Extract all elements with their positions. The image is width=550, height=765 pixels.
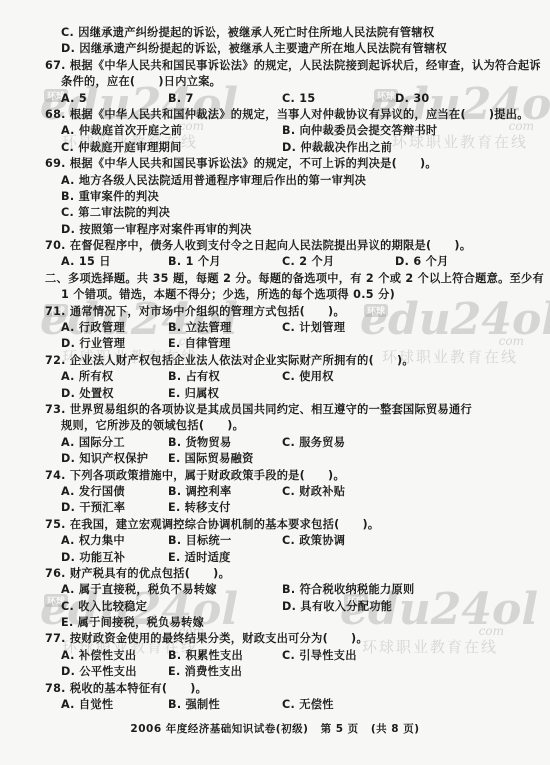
answer-option: A. 自觉性 xyxy=(61,697,113,713)
answer-option: A. 发行国债 xyxy=(61,484,125,500)
answer-option: D. 公平性支出 xyxy=(61,664,137,680)
answer-option: E. 转移支付 xyxy=(168,500,231,516)
answer-option: A. 国际分工 xyxy=(61,435,125,451)
answer-option: A. 15 日 xyxy=(61,254,111,270)
answer-option: C. 引导性支出 xyxy=(282,648,357,664)
answer-option: E. 适时适度 xyxy=(168,550,231,566)
answer-option: A. 属于直接税，税负不易转嫁 xyxy=(61,582,217,598)
question-stem: 71. 通常情况下，对市场中介组织的管理方式包括( )。 xyxy=(0,304,550,320)
answer-option: B. 7 xyxy=(168,91,194,107)
answer-option: A. 行政管理 xyxy=(61,320,125,336)
exam-content: C. 因继承遗产纠纷提起的诉讼，被继承人死亡时住所地人民法院有管辖权D. 因继承… xyxy=(0,25,550,713)
options-row: C. 收入比较稳定D. 具有收入分配功能 xyxy=(0,599,550,615)
options-row: D. 行业管理E. 自律管理 xyxy=(0,336,550,352)
answer-option: D. 知识产权保护 xyxy=(61,451,148,467)
answer-option: D. 6 个月 xyxy=(395,254,449,270)
answer-option: E. 归属权 xyxy=(168,386,219,402)
question-stem: 76. 财产税具有的优点包括( )。 xyxy=(0,566,550,582)
question-stem: 69. 根据《中华人民共和国民事诉讼法》的规定，不可上诉的判决是( )。 xyxy=(0,156,550,172)
options-row: A. 国际分工B. 货物贸易C. 服务贸易 xyxy=(0,435,550,451)
options-row: A. 权力集中B. 目标统一C. 政策协调 xyxy=(0,533,550,549)
text-line: E. 属于间接税，税负易转嫁 xyxy=(0,615,550,631)
footer-page-number: 第 5 页 xyxy=(321,723,359,735)
text-line: D. 因继承遗产纠纷提起的诉讼，被继承人主要遗产所在地人民法院有管辖权 xyxy=(0,41,550,57)
page-footer: 2006 年度经济基础知识试卷(初级) 第 5 页 (共 8 页) xyxy=(0,721,550,736)
answer-option: B. 积累性支出 xyxy=(168,648,243,664)
options-row: A. 5B. 7C. 15D. 30 xyxy=(0,91,550,107)
answer-option: D. 具有收入分配功能 xyxy=(282,599,392,615)
options-row: D. 干预汇率E. 转移支付 xyxy=(0,500,550,516)
answer-option: B. 立法管理 xyxy=(168,320,232,336)
exam-page: 环球edu24olcom环球职业教育在线环球edu24olcom环球职业教育在线… xyxy=(0,0,550,765)
answer-option: B. 目标统一 xyxy=(168,533,232,549)
options-row: A. 属于直接税，税负不易转嫁B. 符合税收纳税能力原则 xyxy=(0,582,550,598)
answer-option: E. 自律管理 xyxy=(168,336,231,352)
question-stem: 67. 根据《中华人民共和国民事诉讼法》的规定，人民法院接到起诉状后，经审查，认… xyxy=(0,58,550,74)
options-row: A. 所有权B. 占有权C. 使用权 xyxy=(0,369,550,385)
answer-option: C. 15 xyxy=(282,91,315,107)
answer-option: B. 占有权 xyxy=(168,369,220,385)
answer-option: D. 功能互补 xyxy=(61,550,125,566)
options-row: A. 15 日B. 1 个月C. 2 个月D. 6 个月 xyxy=(0,254,550,270)
answer-option: A. 仲裁庭首次开庭之前 xyxy=(61,123,182,139)
answer-option: B. 强制性 xyxy=(168,697,220,713)
answer-option: C. 财政补贴 xyxy=(282,484,345,500)
text-line: 条件的，应在( )日内立案。 xyxy=(0,74,550,90)
question-stem: 77. 按财政资金使用的最终结果分类，财政支出可分为( )。 xyxy=(0,631,550,647)
question-stem: 75. 在我国，建立宏观调控综合协调机制的基本要求包括( )。 xyxy=(0,517,550,533)
answer-option: D. 仲裁裁决作出之前 xyxy=(282,140,392,156)
footer-title: 2006 年度经济基础知识试卷(初级) xyxy=(130,723,308,735)
answer-option: C. 仲裁庭开庭审理期间 xyxy=(61,140,182,156)
options-row: A. 仲裁庭首次开庭之前B. 向仲裁委员会提交答辩书时 xyxy=(0,123,550,139)
answer-option: B. 1 个月 xyxy=(168,254,221,270)
question-stem: 72. 企业法人财产权包括企业法人依法对企业实际财产所拥有的( )。 xyxy=(0,353,550,369)
text-line: B. 重审案件的判决 xyxy=(0,189,550,205)
question-stem: 70. 在督促程序中，债务人收到支付令之日起向人民法院提出异议的期限是( )。 xyxy=(0,238,550,254)
section-heading: 二、多项选择题。共 35 题，每题 2 分。每题的备选项中，有 2 个或 2 个… xyxy=(0,271,550,287)
answer-option: B. 向仲裁委员会提交答辩书时 xyxy=(282,123,437,139)
answer-option: D. 行业管理 xyxy=(61,336,125,352)
answer-option: A. 所有权 xyxy=(61,369,113,385)
options-row: D. 处置权E. 归属权 xyxy=(0,386,550,402)
answer-option: E. 消费性支出 xyxy=(168,664,242,680)
answer-option: D. 30 xyxy=(395,91,430,107)
text-line: A. 地方各级人民法院适用普通程序审理后作出的第一审判决 xyxy=(0,173,550,189)
options-row: D. 公平性支出E. 消费性支出 xyxy=(0,664,550,680)
options-row: A. 自觉性B. 强制性C. 无偿性 xyxy=(0,697,550,713)
footer-total-pages: (共 8 页) xyxy=(371,723,420,735)
answer-option: D. 处置权 xyxy=(61,386,114,402)
answer-option: A. 权力集中 xyxy=(61,533,125,549)
text-line: C. 第二审法院的判决 xyxy=(0,205,550,221)
options-row: D. 知识产权保护E. 国际贸易融资 xyxy=(0,451,550,467)
answer-option: D. 干预汇率 xyxy=(61,500,125,516)
answer-option: C. 政策协调 xyxy=(282,533,345,549)
answer-option: C. 使用权 xyxy=(282,369,334,385)
options-row: D. 功能互补E. 适时适度 xyxy=(0,550,550,566)
answer-option: A. 补偿性支出 xyxy=(61,648,136,664)
answer-option: B. 符合税收纳税能力原则 xyxy=(282,582,414,598)
answer-option: E. 国际贸易融资 xyxy=(168,451,254,467)
answer-option: C. 收入比较稳定 xyxy=(61,599,147,615)
answer-option: B. 货物贸易 xyxy=(168,435,232,451)
options-row: A. 发行国债B. 调控利率C. 财政补贴 xyxy=(0,484,550,500)
text-line: C. 因继承遗产纠纷提起的诉讼，被继承人死亡时住所地人民法院有管辖权 xyxy=(0,25,550,41)
answer-option: C. 2 个月 xyxy=(282,254,335,270)
answer-option: A. 5 xyxy=(61,91,87,107)
answer-option: B. 调控利率 xyxy=(168,484,232,500)
answer-option: C. 服务贸易 xyxy=(282,435,345,451)
answer-option: C. 无偿性 xyxy=(282,697,334,713)
question-stem: 78. 税收的基本特征有( )。 xyxy=(0,681,550,697)
options-row: A. 补偿性支出B. 积累性支出C. 引导性支出 xyxy=(0,648,550,664)
text-line: 规则，它所涉及的领域包括( )。 xyxy=(0,418,550,434)
text-line: D. 按照第一审程序对案件再审的判决 xyxy=(0,222,550,238)
question-stem: 74. 下列各项政策措施中，属于财政政策手段的是( )。 xyxy=(0,468,550,484)
answer-option: C. 计划管理 xyxy=(282,320,345,336)
question-stem: 68. 根据《中华人民共和国仲裁法》的规定，当事人对仲裁协议有异议的，应当在( … xyxy=(0,107,550,123)
question-stem: 73. 世界贸易组织的各项协议是其成员国共同约定、相互遵守的一整套国际贸易通行 xyxy=(0,402,550,418)
options-row: C. 仲裁庭开庭审理期间D. 仲裁裁决作出之前 xyxy=(0,140,550,156)
text-line: 1 个错项。错选，本题不得分；少选，所选的每个选项得 0.5 分) xyxy=(0,287,550,303)
options-row: A. 行政管理B. 立法管理C. 计划管理 xyxy=(0,320,550,336)
